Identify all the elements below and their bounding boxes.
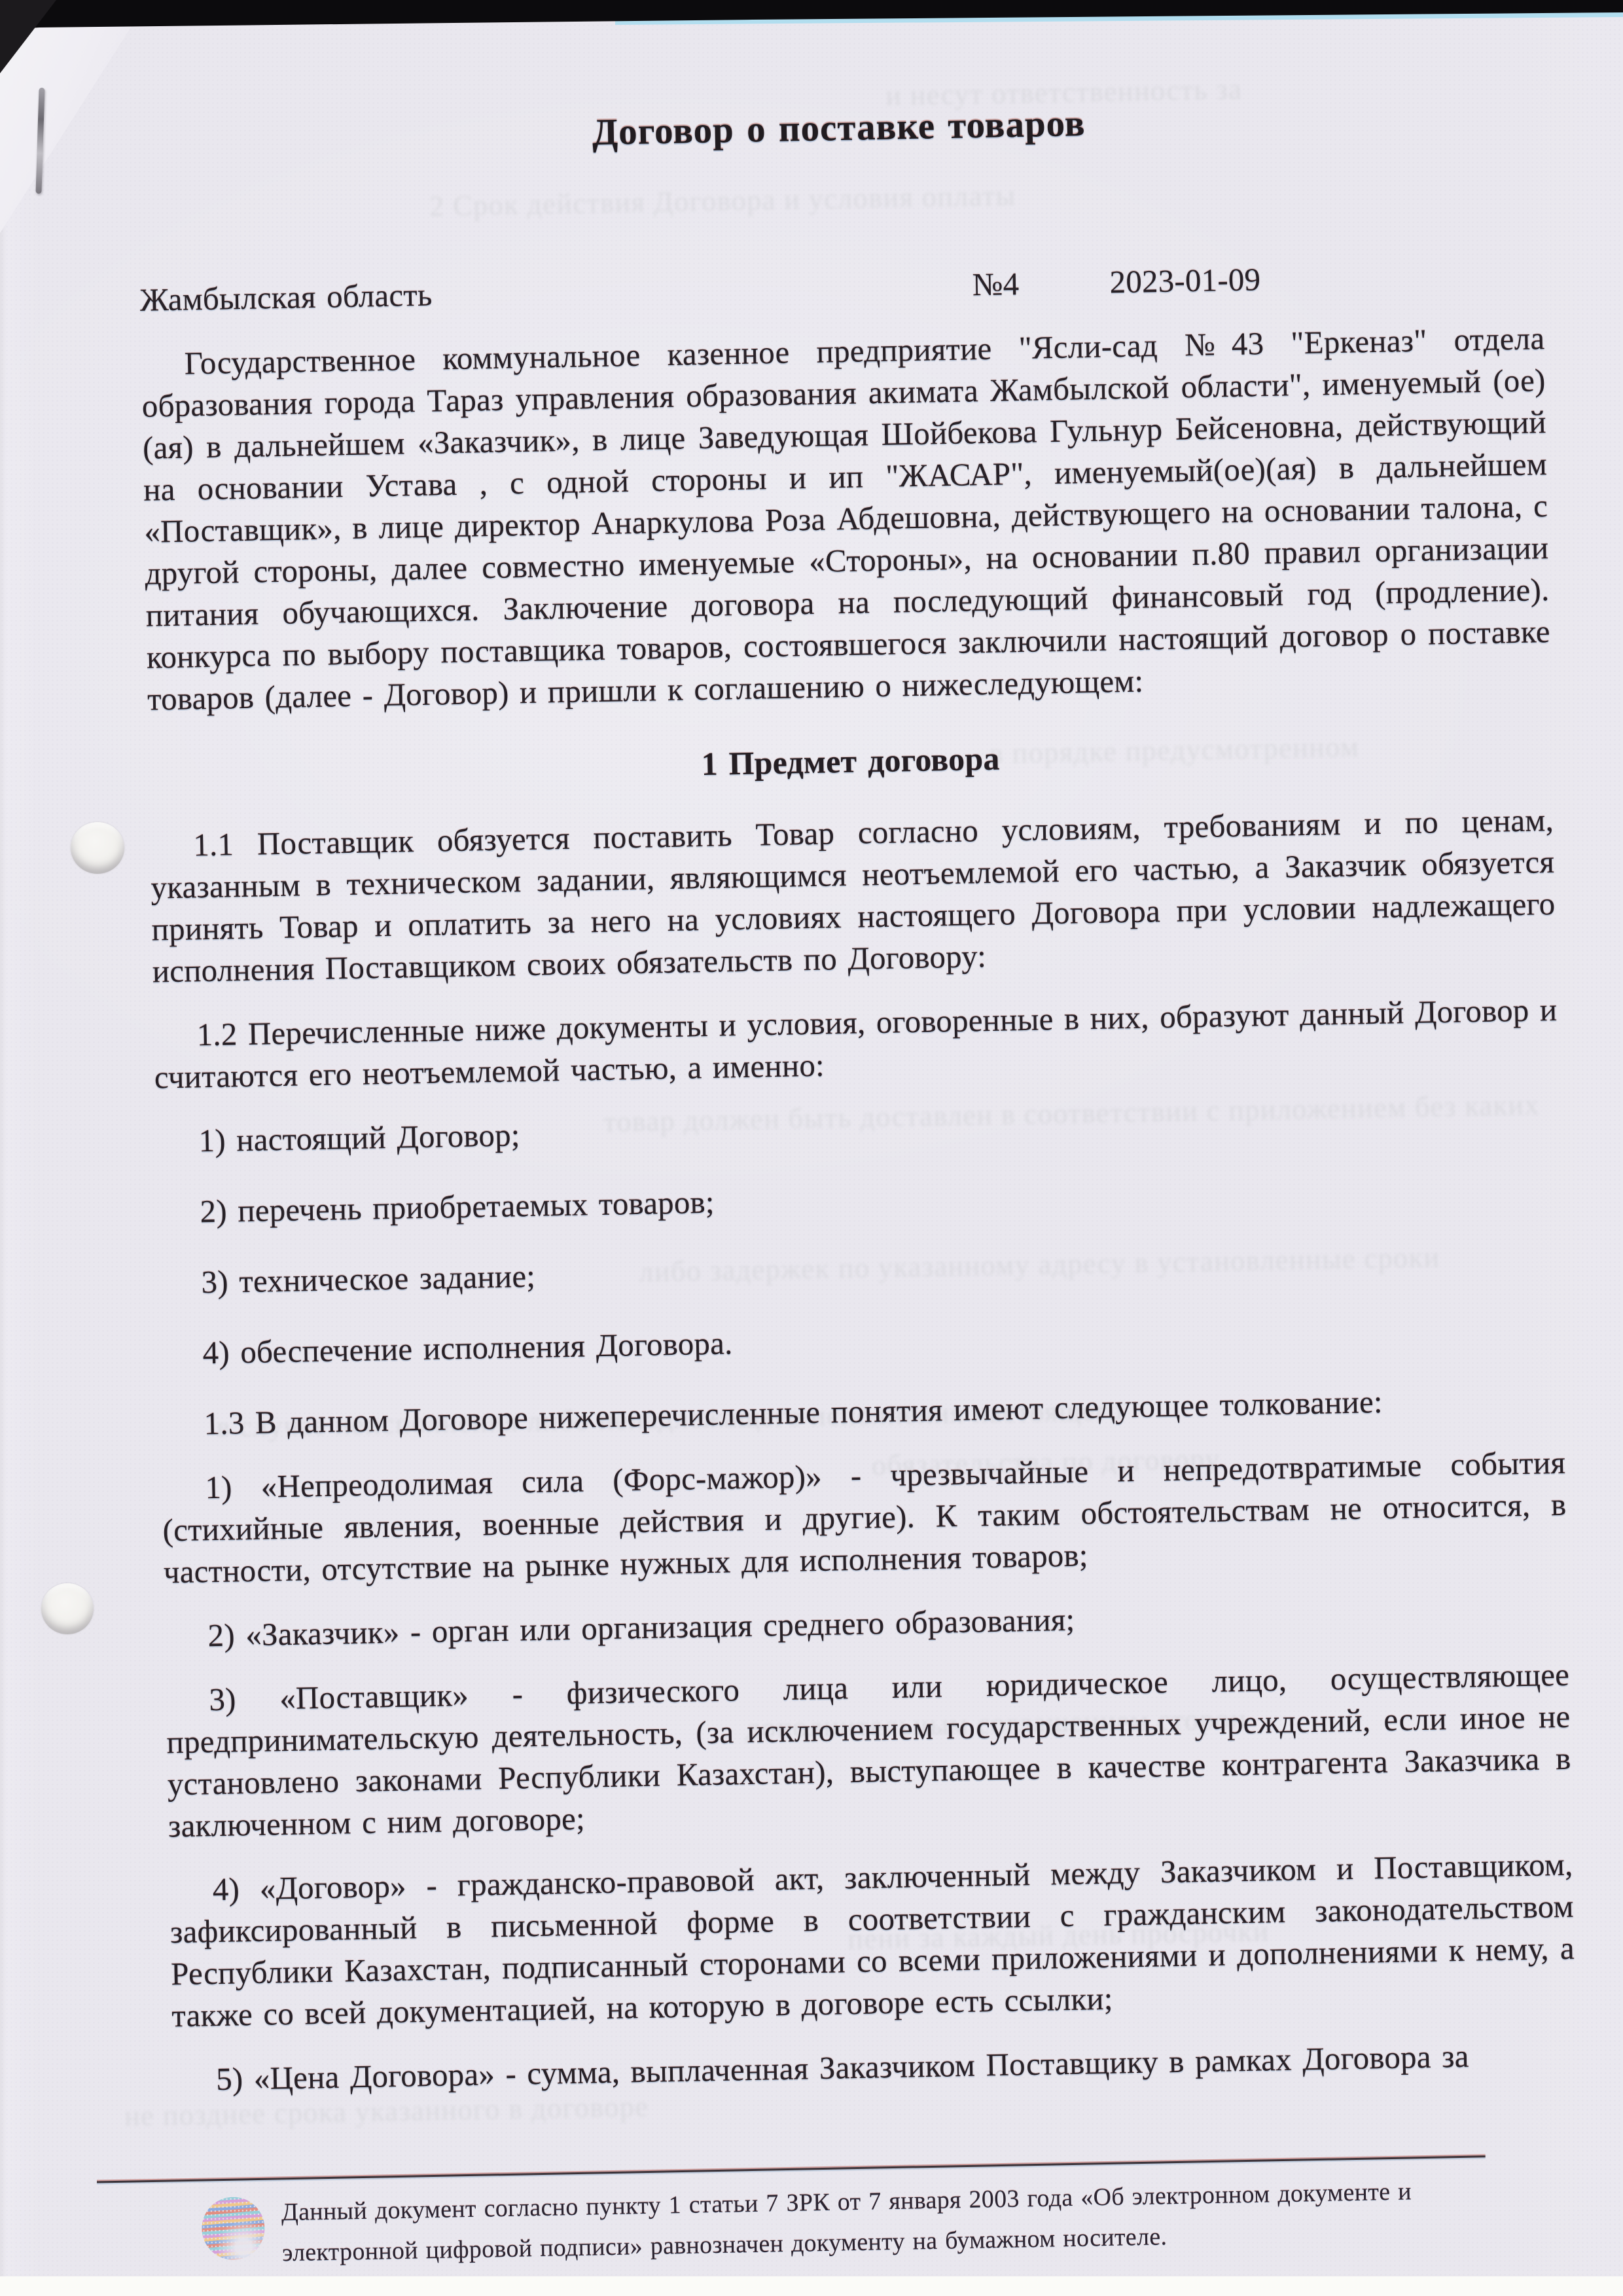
footer-note: Данный документ согласно пункту 1 статьи… [281, 2171, 1412, 2273]
region-label: Жамбылская область [139, 277, 433, 318]
hole-punch [41, 1583, 94, 1634]
masthead-row: Жамбылская область №4 2023-01-09 [139, 253, 1544, 321]
hole-punch [71, 822, 124, 874]
contract-number: №4 [972, 263, 1020, 306]
scanner-background [0, 2276, 1623, 2296]
preamble-paragraph: Государственное коммунальное казенное пр… [141, 317, 1551, 721]
clause-1-2: 1.2 Перечисленные ниже документы и услов… [153, 989, 1558, 1099]
digital-signature-stamp-icon [202, 2197, 266, 2261]
definition-supplier: 3) «Поставщик» - физического лица или юр… [166, 1654, 1572, 1848]
paper-sheet: и несут ответственность за 2 Срок действ… [0, 0, 1623, 2276]
printed-layer: и несут ответственность за 2 Срок действ… [0, 0, 1623, 2279]
clause-1-2-item-4: 4) обеспечение исполнения Договора. [159, 1307, 1563, 1375]
clause-1-1: 1.1 Поставщик обязуется поставить Товар … [150, 799, 1556, 993]
clause-1-2-item-2: 2) перечень приобретаемых товаров; [156, 1166, 1561, 1234]
contract-date: 2023-01-09 [1109, 259, 1261, 303]
scanned-contract-page: и несут ответственность за 2 Срок действ… [0, 0, 1623, 2296]
footer: Данный документ согласно пункту 1 статьи… [175, 2168, 1563, 2275]
definition-customer: 2) «Заказчик» - орган или организация ср… [164, 1590, 1569, 1658]
